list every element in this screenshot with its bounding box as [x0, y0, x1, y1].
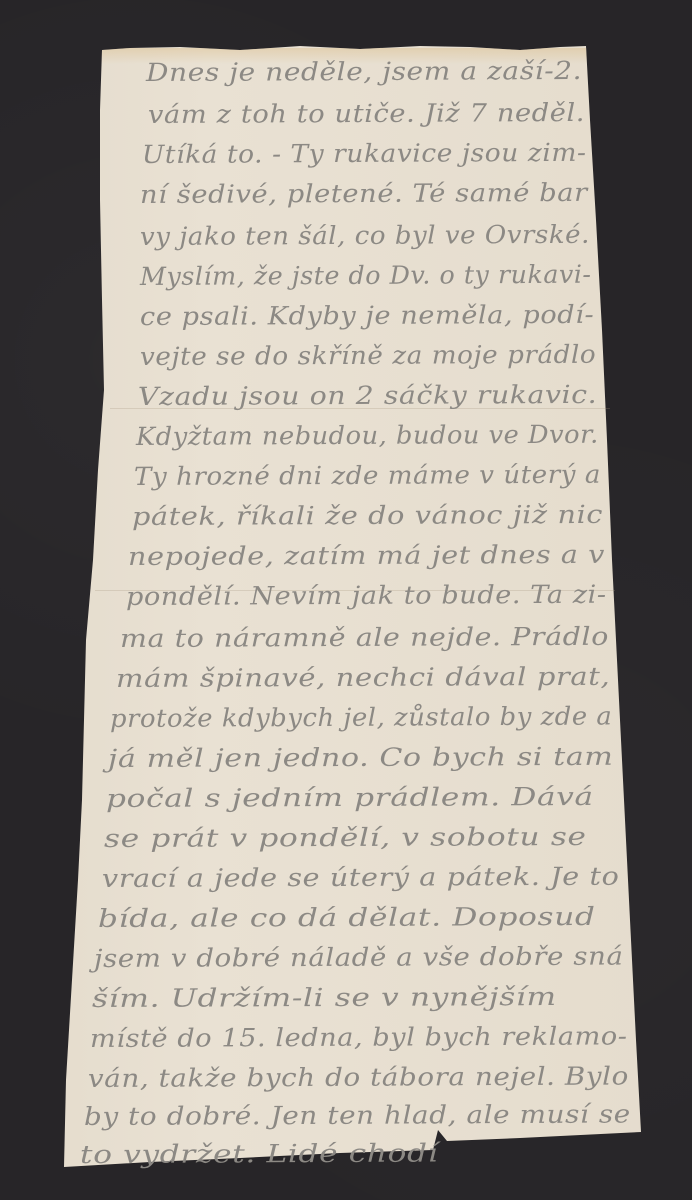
handwritten-line: já měl jen jedno. Co bych si tam: [108, 742, 614, 773]
handwritten-line: to vydržet. Lidé chodí: [80, 1138, 439, 1169]
handwritten-line: ma to náramně ale nejde. Prádlo: [120, 622, 609, 653]
handwritten-line: Ty hrozné dni zde máme v úterý a: [134, 460, 601, 491]
handwritten-line: vám z toh to utiče. Již 7 neděl.: [148, 98, 585, 129]
letter-page: Dnes je neděle, jsem a zaší-2.vám z toh …: [0, 0, 692, 1200]
handwritten-line: místě do 15. ledna, byl bych reklamo-: [90, 1021, 628, 1053]
handwritten-line: vy jako ten šál, co byl ve Ovrské.: [140, 220, 590, 251]
handwritten-line: Vzadu jsou on 2 sáčky rukavic.: [138, 380, 597, 411]
handwritten-line: bída, ale co dá dělat. Doposud: [98, 902, 596, 933]
handwritten-line: vrací a jede se úterý a pátek. Je to: [102, 862, 620, 893]
handwritten-line: počal s jedním prádlem. Dává: [106, 782, 594, 813]
handwritten-line: se prát v pondělí, v sobotu se: [104, 822, 587, 853]
handwritten-line: Myslím, že jste do Dv. o ty rukavi-: [140, 260, 592, 291]
handwritten-line: Kdyžtam nebudou, budou ve Dvor.: [136, 420, 599, 451]
handwritten-line: vejte se do skříně za moje prádlo: [140, 340, 596, 371]
handwritten-line: Dnes je neděle, jsem a zaší-2.: [146, 56, 582, 87]
handwritten-line: Utíká to. - Ty rukavice jsou zim-: [142, 138, 587, 169]
handwritten-line: ším. Udržím-li se v nynějším: [92, 982, 557, 1013]
handwritten-line: ce psali. Kdyby je neměla, podí-: [140, 300, 594, 331]
handwritten-line: ní šedivé, pletené. Té samé bar: [140, 178, 588, 209]
handwritten-line: mám špinavé, nechci dával prat,: [116, 662, 610, 693]
handwritten-line: pátek, říkali že do vánoc již nic: [132, 500, 603, 531]
handwritten-line: pondělí. Nevím jak to bude. Ta zi-: [126, 580, 607, 611]
handwritten-text: Dnes je neděle, jsem a zaší-2.vám z toh …: [0, 0, 692, 1200]
handwritten-line: by to dobré. Jen ten hlad, ale musí se: [84, 1099, 631, 1131]
handwritten-line: jsem v dobré náladě a vše dobře sná: [94, 941, 624, 973]
handwritten-line: protože kdybych jel, zůstalo by zde a: [110, 701, 612, 733]
handwritten-line: nepojede, zatím má jet dnes a v: [128, 540, 605, 571]
handwritten-line: ván, takže bych do tábora nejel. Bylo: [88, 1061, 629, 1093]
